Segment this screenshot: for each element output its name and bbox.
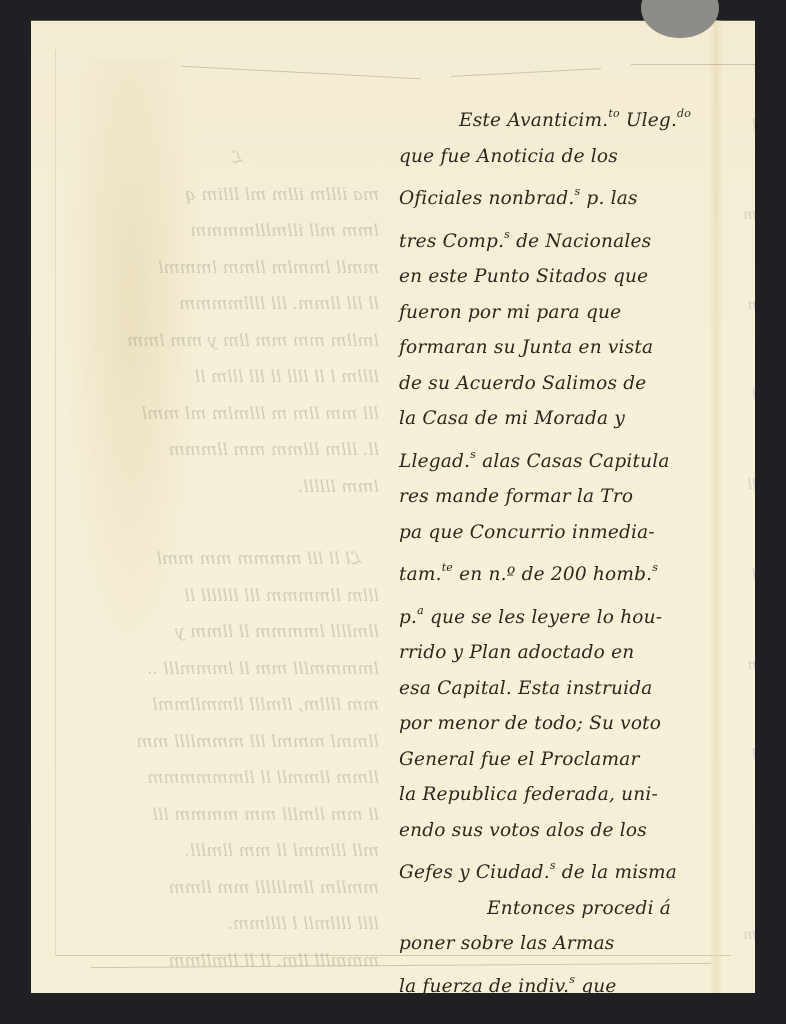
letter-line: esa Capital. Esta instruida [399,671,744,707]
letter-line: Entonces procedi á [399,891,744,927]
bleed-through-text: ℒ ma illlm illm ml lllim q lmm mll illml… [79,140,379,979]
letter-line: p.a que se les leyere lo hou- [399,593,744,636]
letter-line: rrido y Plan adoctado en [399,635,744,671]
paper-crease [631,64,755,65]
letter-line: por menor de todo; Su voto [399,706,744,742]
letter-line: de su Acuerdo Salimos de [399,366,744,402]
letter-line: res mande formar la Tro [399,479,744,515]
letter-line: la Republica federada, uni- [399,777,744,813]
letter-line: endo sus votos alos de los [399,813,744,849]
letter-line: tam.te en n.º de 200 homb.s [399,550,744,593]
letter-line: Oficiales nonbrad.s p. las [399,174,744,217]
letter-line: en este Punto Sitados que [399,259,744,295]
letter-line: Llegad.s alas Casas Capitula [399,437,744,480]
letter-line: Gefes y Ciudad.s de la misma [399,848,744,891]
letter-line: pa que Concurrio inmedia- [399,515,744,551]
letter-line: la Casa de mi Morada y [399,401,744,437]
letter-line: que fue Anoticia de los [399,139,744,175]
letter-line: Este Avanticim.to Uleg.do [399,96,744,139]
letter-line: la fuerza de indiv.s que [399,962,744,994]
letter-line: poner sobre las Armas [399,926,744,962]
letter-line: General fue el Proclamar [399,742,744,778]
letter-line: formaran su Junta en vista [399,330,744,366]
letter-line: fueron por mi para que [399,295,744,331]
manuscript-page: ℒ ma illlm illm ml lllim q lmm mll illml… [31,20,755,993]
letter-body: Este Avanticim.to Uleg.do que fue Anotic… [399,96,744,993]
letter-line: tres Comp.s de Nacionales [399,217,744,260]
